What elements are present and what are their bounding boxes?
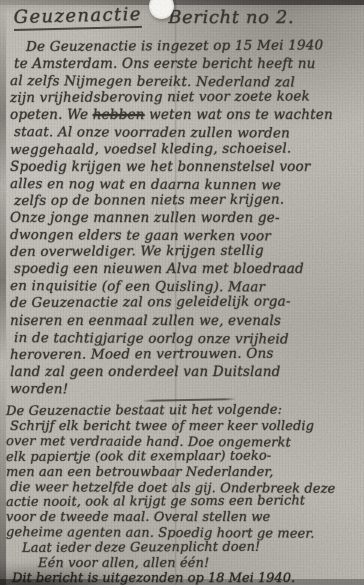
paragraph-instructions: De Geuzenactie bestaat uit het volgende:… — [6, 404, 360, 571]
line-text-segment: De Geuzenactie bestaat uit het volgende: — [6, 403, 282, 419]
handwriting-line: den overweldiger. We krijgen stellig — [10, 242, 360, 261]
line-text-segment: actie nooit, ook al krijgt ge soms een b… — [6, 494, 305, 511]
heading-title: Geuzenactie — [13, 4, 142, 31]
handwriting-line: spoedig een nieuwen Alva met bloedraad — [10, 261, 360, 278]
line-text-segment: land zal geen onderdeel van Duitsland — [10, 364, 280, 380]
handwriting-line: men aan een betrouwbaar Nederlander, — [6, 465, 360, 480]
handwriting-line: worden! — [10, 381, 360, 400]
document-content: Geuzenactie Bericht no 2. De Geuzenactie… — [0, 0, 364, 585]
line-text-segment: Schrijf elk bericht twee of meer keer vo… — [10, 419, 314, 434]
line-text-segment: weten wat ons te wachten — [145, 107, 333, 123]
line-text-segment: voor de tweede maal. Overal stellen we — [6, 510, 270, 525]
line-text-segment: dwongen elders te gaan werken voor — [10, 227, 271, 244]
handwriting-line: opeten. We hebben weten wat ons te wacht… — [10, 107, 360, 124]
line-text-segment: worden! — [10, 381, 68, 397]
line-text-segment: de Geuzenactie zal ons geleidelijk orga- — [10, 294, 291, 311]
handwriting-line: De Geuzenactie bestaat uit het volgende: — [6, 402, 360, 419]
struck-word: hebben — [93, 107, 145, 123]
handwriting-line: weggehaald, voedsel kleding, schoeisel. — [10, 140, 360, 159]
line-text-segment: opeten. We — [10, 107, 93, 123]
handwriting-line: Spoedig krijgen we het bonnenstelsel voo… — [10, 159, 360, 176]
line-text-segment: alles en nog wat en daarna kunnen we — [10, 176, 281, 193]
line-text-segment: De Geuzenactie is ingezet op 15 Mei 1940 — [26, 37, 323, 55]
line-text-segment: heroveren. Moed en vertrouwen. Ons — [10, 345, 274, 362]
line-text-segment: staat. Al onze voorraden zullen worden — [14, 124, 290, 141]
scanned-document: Geuzenactie Bericht no 2. De Geuzenactie… — [0, 0, 364, 585]
document-heading: Geuzenactie Bericht no 2. — [10, 7, 360, 33]
footer-text: Dit bericht is uitgezonden op 18 Mei 194… — [12, 571, 295, 585]
footer-line: Dit bericht is uitgezonden op 18 Mei 194… — [10, 571, 360, 585]
line-text-segment: den overweldiger. We krijgen stellig — [10, 243, 264, 260]
handwriting-line: zelfs op de bonnen niets meer krijgen. — [10, 191, 360, 210]
line-text-segment: zelfs op de bonnen niets meer krijgen. — [14, 191, 284, 208]
line-text-segment: in de tachtigjarige oorlog onze vrijheid — [14, 330, 289, 347]
line-text-segment: te Amsterdam. Ons eerste bericht heeft n… — [14, 56, 316, 72]
line-text-segment: Onze jonge mannen zullen worden ge- — [10, 210, 280, 226]
handwriting-line: De Geuzenactie is ingezet op 15 Mei 1940 — [10, 37, 360, 56]
line-text-segment: Eén voor allen, allen één! — [38, 556, 209, 571]
handwriting-line: Laat ieder deze Geuzenplicht doen! — [6, 539, 360, 556]
handwriting-line: voor de tweede maal. Overal stellen we — [6, 510, 360, 525]
handwriting-line: Eén voor allen, allen één! — [6, 556, 360, 571]
handwriting-line: zijn vrijheidsberoving niet voor zoete k… — [10, 88, 360, 107]
handwriting-line: elk papiertje (ook dit exemplaar) toeko- — [6, 448, 360, 465]
handwriting-line: te Amsterdam. Ons eerste bericht heeft n… — [10, 56, 360, 73]
handwriting-line: actie nooit, ook al krijgt ge soms een b… — [6, 493, 360, 510]
line-text-segment: zijn vrijheidsberoving niet voor zoete k… — [10, 89, 310, 107]
separator-line — [142, 398, 236, 402]
line-text-segment: niseren en eenmaal zullen we, evenals — [10, 313, 281, 329]
handwriting-line: niseren en eenmaal zullen we, evenals — [10, 313, 360, 330]
line-text-segment: Spoedig krijgen we het bonnenstelsel voo… — [10, 159, 310, 175]
handwriting-line: de Geuzenactie zal ons geleidelijk orga- — [10, 294, 360, 313]
line-text-segment: weggehaald, voedsel kleding, schoeisel. — [10, 140, 291, 157]
line-text-segment: Laat ieder deze Geuzenplicht doen! — [22, 539, 260, 555]
handwriting-line: heroveren. Moed en vertrouwen. Ons — [10, 345, 360, 364]
paragraph-main: De Geuzenactie is ingezet op 15 Mei 1940… — [10, 39, 360, 398]
line-text-segment: elk papiertje (ook dit exemplaar) toeko- — [6, 448, 271, 464]
handwriting-line: land zal geen onderdeel van Duitsland — [10, 364, 360, 381]
handwriting-line: Onze jonge mannen zullen worden ge- — [10, 210, 360, 227]
handwriting-line: Schrijf elk bericht twee of meer keer vo… — [6, 419, 360, 434]
line-text-segment: spoedig een nieuwen Alva met bloedraad — [14, 261, 304, 277]
line-text-segment: men aan een betrouwbaar Nederlander, — [6, 465, 274, 480]
heading-subtitle: Bericht no 2. — [168, 7, 294, 28]
